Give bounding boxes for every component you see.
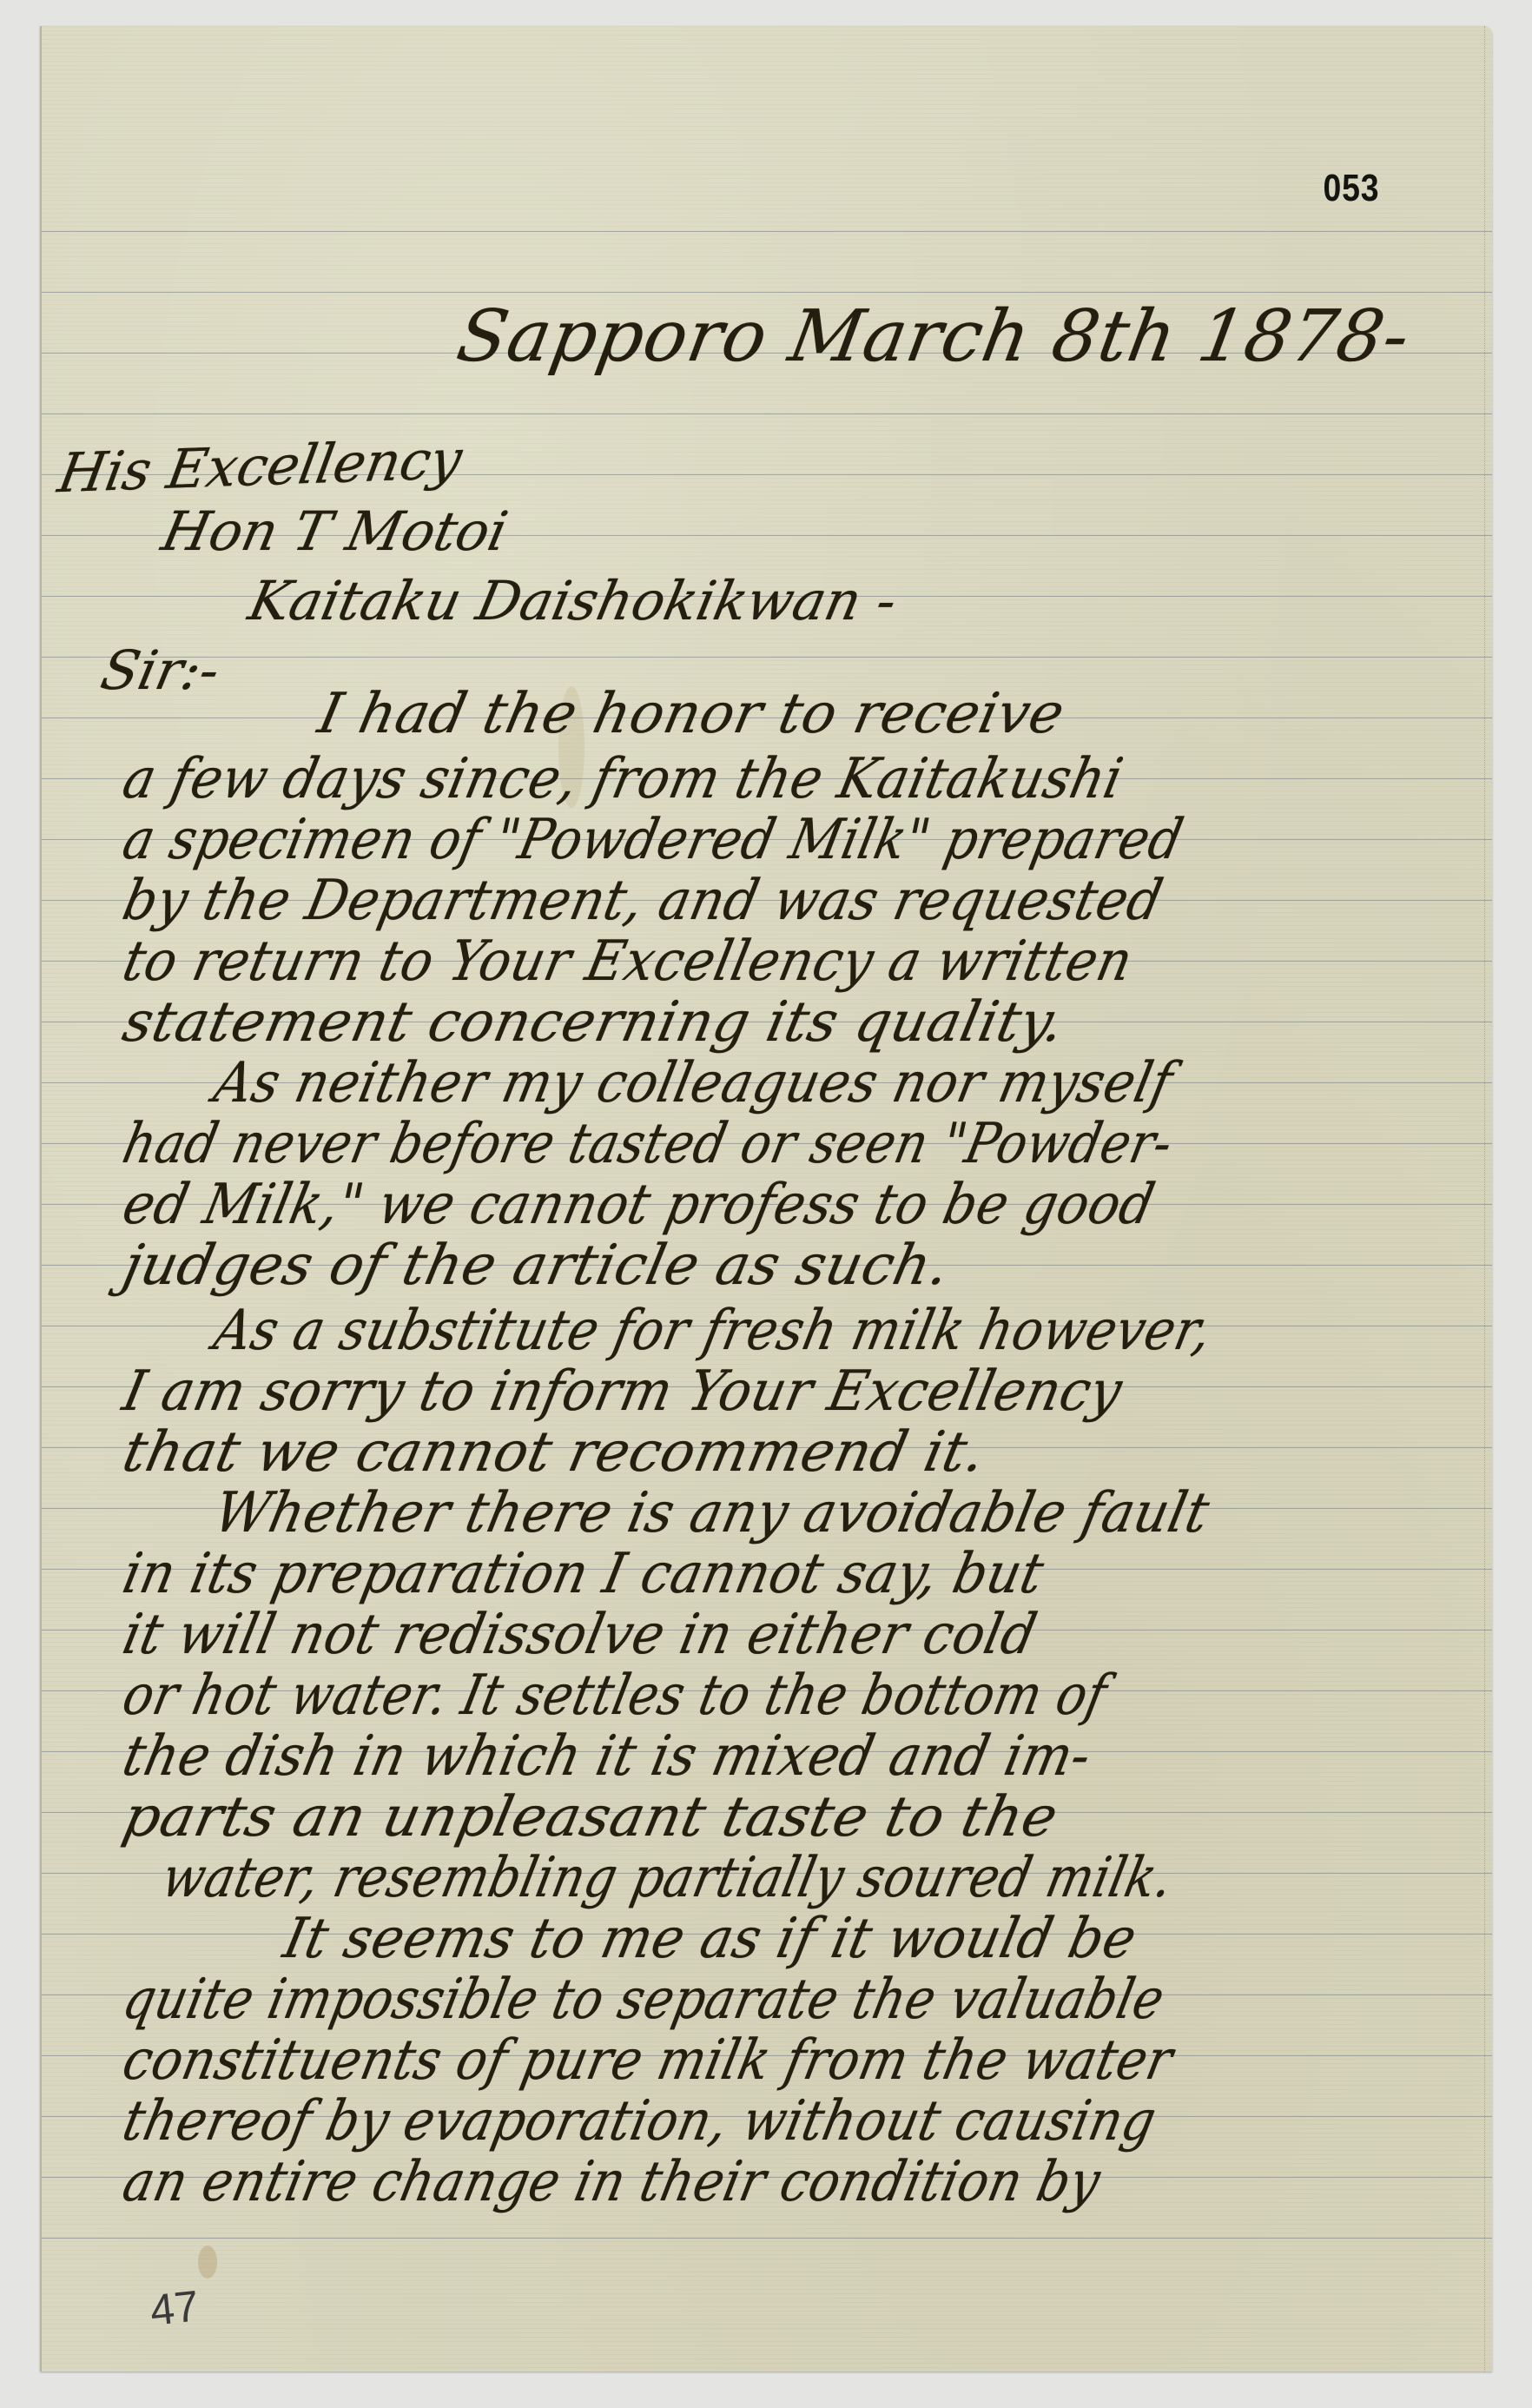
ruled-line <box>42 231 1492 232</box>
body-line: statement concerning its quality. <box>117 990 1070 1055</box>
body-line: parts an unpleasant taste to the <box>117 1785 1063 1849</box>
dateline: Sapporo March 8th 1878- <box>452 295 1416 378</box>
body-line: It seems to me as if it would be <box>278 1907 1142 1971</box>
addressee-office: Kaitaku Daishokikwan - <box>243 569 902 632</box>
body-line: As neither my colleagues nor myself <box>208 1051 1178 1115</box>
body-line: had never before tasted or seen "Powder- <box>117 1112 1178 1176</box>
addressee-name: Hon T Motoi <box>156 499 513 563</box>
body-line: by the Department, and was requested <box>117 869 1168 933</box>
body-line: I am sorry to inform Your Excellency <box>117 1359 1127 1424</box>
body-line: to return to Your Excellency a written <box>117 929 1138 994</box>
letter-page: 053 Sapporo March 8th 1878- His Excellen… <box>40 26 1492 2372</box>
body-line: in its preparation I cannot say, but <box>117 1542 1049 1606</box>
body-line: a few days since, from the Kaitakushi <box>117 747 1128 811</box>
ruled-line <box>42 292 1492 293</box>
body-line: Whether there is any avoidable fault <box>208 1481 1215 1545</box>
folio-number: 053 <box>1323 167 1379 210</box>
ruled-line <box>42 657 1492 658</box>
body-line: judges of the article as such. <box>117 1234 955 1298</box>
body-line: the dish in which it is mixed and im- <box>117 1724 1097 1789</box>
body-line: an entire change in their condition by <box>117 2150 1106 2214</box>
body-line: water, resembling partially soured milk. <box>156 1846 1179 1910</box>
margin-line <box>1484 26 1485 2372</box>
body-line: it will not redissolve in either cold <box>117 1603 1042 1667</box>
body-line: quite impossible to separate the valuabl… <box>117 1968 1170 2032</box>
body-line: I had the honor to receive <box>313 682 1070 746</box>
addressee-title: His Excellency <box>54 427 467 506</box>
ruled-line <box>42 413 1492 414</box>
body-line: thereof by evaporation, without causing <box>117 2089 1161 2153</box>
body-line: that we cannot recommend it. <box>117 1420 991 1485</box>
body-line: or hot water. It settles to the bottom o… <box>117 1664 1113 1728</box>
body-line: As a substitute for fresh milk however, <box>208 1299 1218 1363</box>
archive-pencil-annotation: 47 <box>148 2280 201 2335</box>
body-line: a specimen of "Powdered Milk" prepared <box>117 808 1188 872</box>
ruled-line <box>42 2238 1492 2239</box>
body-line: ed Milk," we cannot profess to be good <box>117 1173 1160 1237</box>
body-line: constituents of pure milk from the water <box>117 2028 1179 2093</box>
greeting: Sir:- <box>96 638 225 702</box>
ink-stain <box>198 2246 217 2279</box>
